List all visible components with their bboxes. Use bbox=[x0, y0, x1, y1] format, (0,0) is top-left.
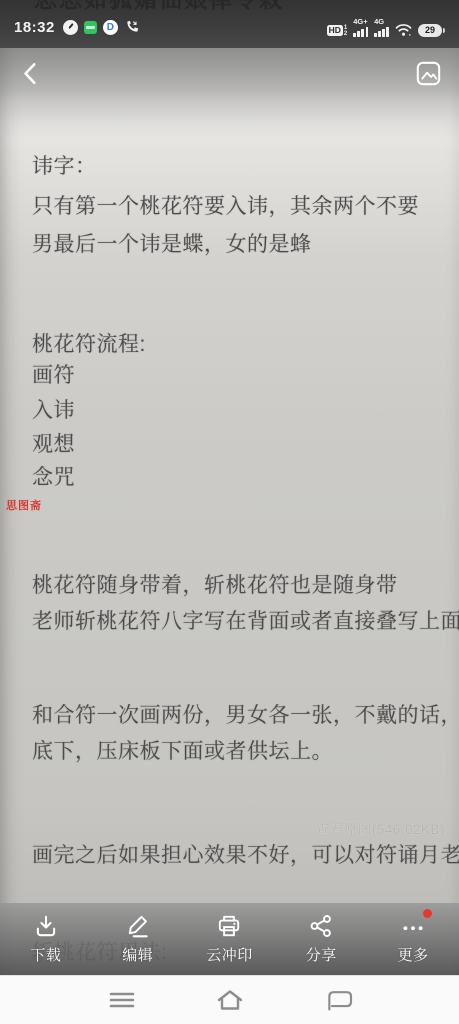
back-nav-button[interactable] bbox=[321, 983, 355, 1017]
system-nav-bar bbox=[0, 975, 459, 1024]
toolbar-label: 更多 bbox=[398, 944, 429, 965]
more-dots-icon bbox=[400, 913, 426, 939]
toolbar-label: 编辑 bbox=[122, 944, 153, 965]
red-watermark: 思图斋 bbox=[6, 497, 42, 513]
doc-line: 底下，压床板下面或者供坛上。 bbox=[32, 737, 333, 767]
pencil-icon bbox=[125, 913, 151, 939]
printer-icon bbox=[216, 913, 242, 939]
doc-line: 只有第一个桃花符要入讳，其余两个不要 bbox=[32, 192, 419, 222]
share-icon bbox=[308, 913, 334, 939]
back-button[interactable] bbox=[14, 56, 48, 90]
download-button[interactable]: 下载 bbox=[0, 903, 92, 975]
top-nav-bar bbox=[0, 48, 459, 140]
share-button[interactable]: 分享 bbox=[275, 903, 367, 975]
home-icon bbox=[215, 987, 245, 1014]
battery-icon: 29 bbox=[418, 24, 445, 37]
menu-icon bbox=[107, 988, 137, 1012]
doc-line: 桃花符流程: bbox=[32, 330, 146, 360]
missed-call-icon bbox=[124, 19, 140, 35]
doc-line: 男最后一个讳是蝶，女的是蜂 bbox=[32, 230, 312, 260]
doc-line: 入讳 bbox=[32, 396, 75, 426]
blue-d-app-icon: D bbox=[103, 20, 118, 35]
doc-line: 画完之后如果担心效果不好，可以对符诵月老经 bbox=[32, 841, 459, 871]
doc-line: 老师斩桃花符八字写在背面或者直接叠写上面 bbox=[32, 607, 459, 637]
chevron-left-icon bbox=[18, 60, 44, 86]
view-original-button[interactable]: 查看原图(546.02KB) bbox=[316, 818, 445, 838]
home-button[interactable] bbox=[213, 983, 247, 1017]
wifi-icon bbox=[395, 23, 412, 37]
clock: 18:32 bbox=[14, 19, 55, 36]
doc-line: 观想 bbox=[32, 430, 75, 460]
doc-line: 桃花符随身带着，斩桃花符也是随身带 bbox=[32, 571, 398, 601]
signal-sim2-icon: 4G bbox=[374, 18, 389, 37]
cloud-print-button[interactable]: 云冲印 bbox=[184, 903, 276, 975]
bottom-toolbar: 下载 编辑 云冲印 bbox=[0, 903, 459, 975]
more-button[interactable]: 更多 bbox=[367, 903, 459, 975]
download-icon bbox=[33, 913, 59, 939]
green-app-icon bbox=[84, 21, 97, 34]
signal-sim1-icon: 4G+ bbox=[353, 18, 368, 37]
status-bar: 思思如狐媚仙娘律令敕 18:32 D HD 12 4G+ bbox=[0, 0, 459, 48]
speedometer-icon bbox=[63, 20, 78, 35]
notification-badge bbox=[423, 909, 432, 918]
toolbar-label: 下载 bbox=[30, 944, 61, 965]
toolbar-label: 分享 bbox=[306, 944, 337, 965]
toolbar-label: 云冲印 bbox=[206, 944, 253, 965]
recents-menu-button[interactable] bbox=[105, 983, 139, 1017]
doc-line: 画符 bbox=[32, 361, 75, 391]
phone-screen: 讳字： 只有第一个桃花符要入讳，其余两个不要 男最后一个讳是蝶，女的是蜂 桃花符… bbox=[0, 0, 459, 1024]
doc-line: 念咒 bbox=[32, 463, 75, 493]
document-photo[interactable]: 讳字： 只有第一个桃花符要入讳，其余两个不要 男最后一个讳是蝶，女的是蜂 桃花符… bbox=[0, 0, 459, 1024]
doc-line: 和合符一次画两份，男女各一张，不戴的话，就枕 bbox=[32, 701, 459, 731]
doc-line: 讳字： bbox=[32, 152, 97, 182]
clipped-page-title: 思思如狐媚仙娘律令敕 bbox=[34, 0, 284, 12]
picture-icon bbox=[415, 60, 442, 87]
open-gallery-button[interactable] bbox=[411, 56, 445, 90]
hd-voice-icon: HD 12 bbox=[327, 25, 348, 37]
edit-button[interactable]: 编辑 bbox=[92, 903, 184, 975]
back-return-icon bbox=[323, 987, 353, 1013]
